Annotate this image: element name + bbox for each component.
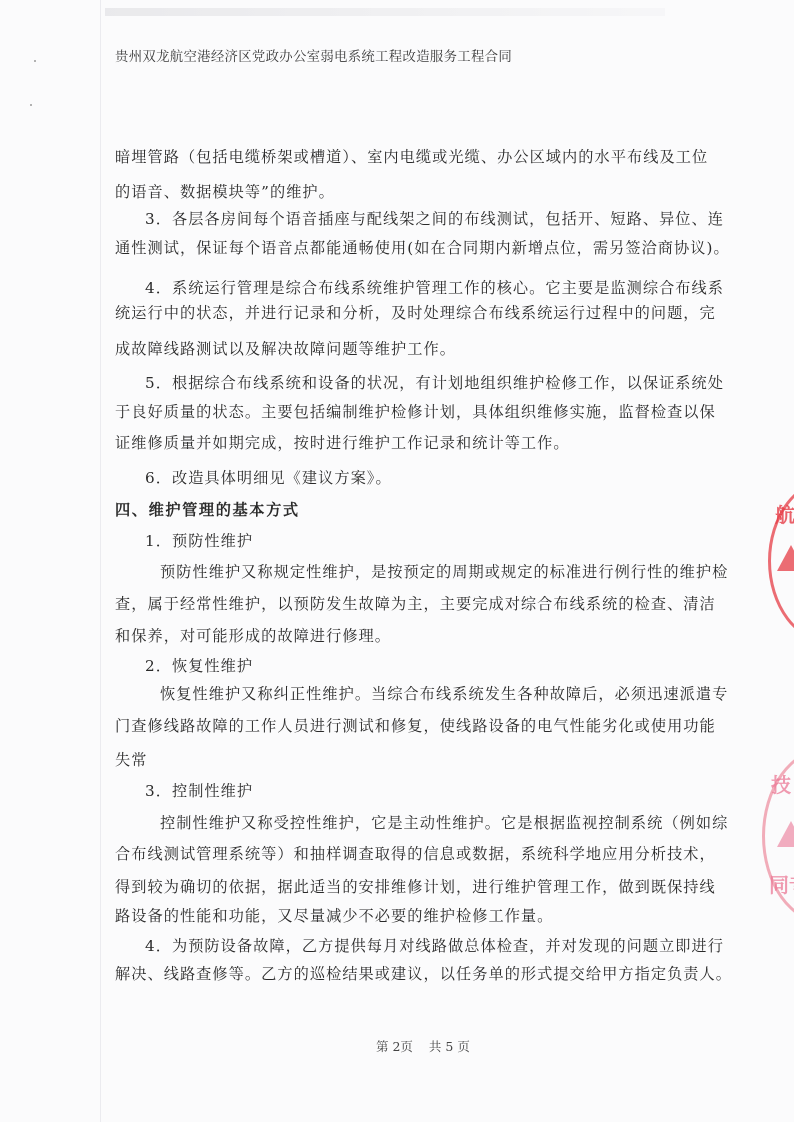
- star-icon: [777, 545, 794, 571]
- paragraph-line: 得到较为确切的依据，据此适当的安排维修计划，进行维护管理工作，做到既保持线: [115, 876, 716, 897]
- paragraph-line: 4．为预防设备故障，乙方提供每月对线路做总体检查，并对发现的问题立即进行: [145, 935, 724, 956]
- paragraph-line: 门查修线路故障的工作人员进行测试和修复，使线路设备的电气性能劣化或使用功能: [115, 715, 716, 736]
- page-number-total: 共 5 页: [429, 1039, 470, 1054]
- paragraph-line: 3．各层各房间每个语音插座与配线架之间的布线测试，包括开、短路、异位、连: [145, 208, 724, 229]
- paragraph-line: 6．改造具体明细见《建议方案》。: [145, 467, 392, 488]
- scan-speck: [34, 60, 36, 62]
- scan-binding-line: [100, 0, 101, 1122]
- paragraph-line: 4．系统运行管理是综合布线系统维护管理工作的核心。它主要是监测综合布线系: [145, 277, 724, 298]
- paragraph-line: 通性测试，保证每个语音点都能通畅使用(如在合同期内新增点位，需另签洽商协议)。: [115, 237, 730, 258]
- paragraph-line: 预防性维护又称规定性维护，是按预定的周期或规定的标准进行例行性的维护检: [160, 561, 728, 582]
- paragraph-line: 的语音、数据模块等”的维护。: [115, 181, 335, 202]
- stamp-text: 航: [775, 499, 794, 528]
- scan-speck: [30, 104, 32, 106]
- stamp-text: 技: [771, 769, 791, 798]
- paragraph-line: 暗埋管路（包括电缆桥架或槽道）、室内电缆或光缆、办公区域内的水平布线及工位: [115, 146, 708, 167]
- document-header-title: 贵州双龙航空港经济区党政办公室弱电系统工程改造服务工程合同: [115, 46, 512, 65]
- scan-bleed-through: [105, 8, 665, 16]
- stamp-text: 同专: [769, 869, 794, 898]
- page-footer: 第 2页 共 5 页: [376, 1037, 482, 1055]
- paragraph-line: 恢复性维护又称纠正性维护。当综合布线系统发生各种故障后，必须迅速派遣专: [160, 683, 728, 704]
- paragraph-line: 5．根据综合布线系统和设备的状况，有计划地组织维护检修工作，以保证系统处: [145, 372, 724, 393]
- paragraph-line: 控制性维护又称受控性维护，它是主动性维护。它是根据监视控制系统（例如综: [160, 812, 728, 833]
- subsection-heading: 1．预防性维护: [145, 530, 253, 551]
- paragraph-line: 路设备的性能和功能，又尽量减少不必要的维护检修工作量。: [115, 905, 553, 926]
- paragraph-line: 合布线测试管理系统等）和抽样调查取得的信息或数据，系统科学地应用分析技术，: [115, 843, 716, 864]
- subsection-heading: 3．控制性维护: [145, 780, 253, 801]
- red-seal-stamp: 技 同专: [762, 748, 794, 924]
- red-seal-stamp: 航: [768, 478, 794, 644]
- section-heading: 四、维护管理的基本方式: [115, 499, 300, 520]
- paragraph-line: 统运行中的状态，并进行记录和分析，及时处理综合布线系统运行过程中的问题，完: [115, 302, 716, 323]
- paragraph-line: 于良好质量的状态。主要包括编制维护检修计划，具体组织维修实施，监督检查以保: [115, 401, 716, 422]
- paragraph-line: 查，属于经常性维护，以预防发生故障为主，主要完成对综合布线系统的检查、清洁: [115, 593, 716, 614]
- paragraph-line: 证维修质量并如期完成，按时进行维护工作记录和统计等工作。: [115, 432, 570, 453]
- paragraph-line: 和保养，对可能形成的故障进行修理。: [115, 625, 391, 646]
- page-number-current: 第 2页: [376, 1039, 413, 1054]
- subsection-heading: 2．恢复性维护: [145, 655, 253, 676]
- paragraph-line: 成故障线路测试以及解决故障问题等维护工作。: [115, 338, 456, 359]
- paragraph-line: 解决、线路查修等。乙方的巡检结果或建议，以任务单的形式提交给甲方指定负责人。: [115, 963, 732, 984]
- star-icon: [777, 821, 794, 847]
- paragraph-line: 失常: [115, 749, 147, 770]
